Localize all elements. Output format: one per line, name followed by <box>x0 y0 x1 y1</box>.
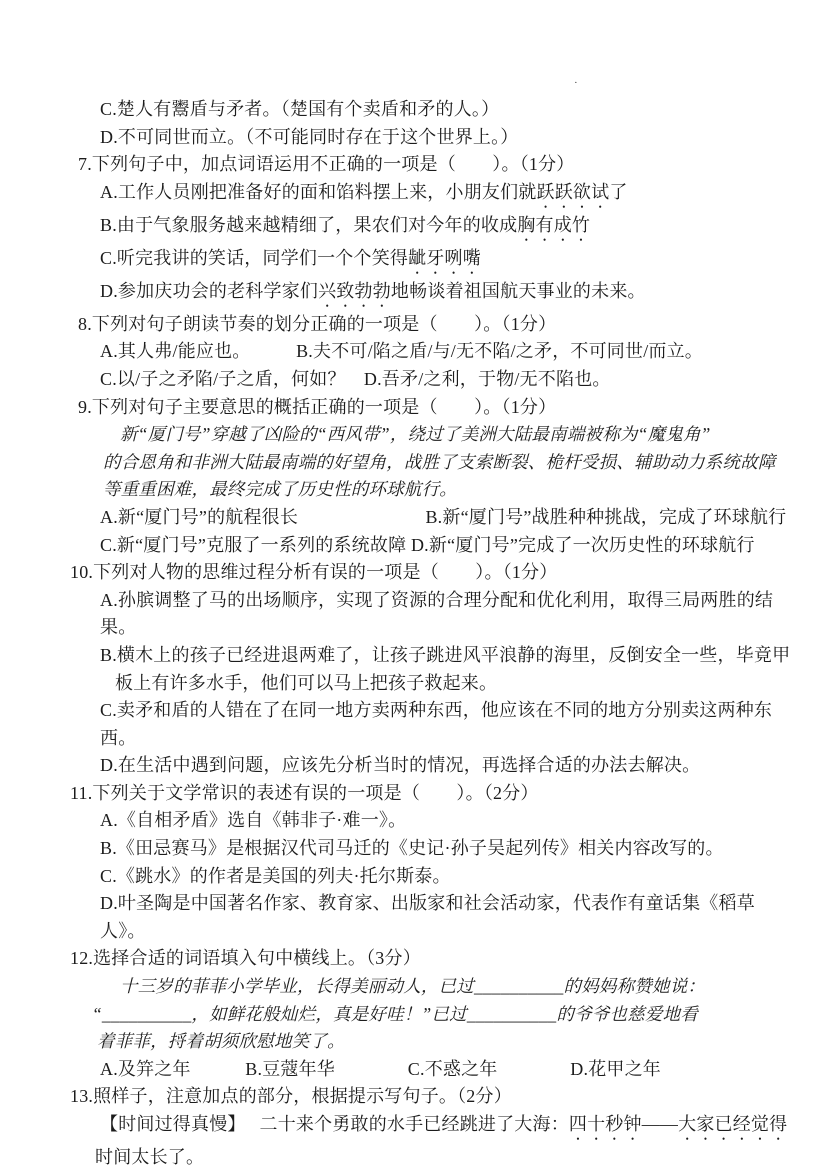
text-segment: 。 <box>186 1147 204 1167</box>
document-lines: C.楚人有鬻盾与矛者。（楚国有个卖盾和矛的人。）D.不可同世而立。（不可能同时存… <box>70 96 799 1169</box>
text-line: D.不可同世而立。（不可能同时存在于这个世界上。） <box>70 124 799 152</box>
text-segment: 板上有许多水手，他们可以马上把孩子救起来。 <box>115 673 497 693</box>
text-line: 的合恩角和非洲大陆最南端的好望角，战胜了支索断裂、桅杆受损、辅助动力系统故障 <box>70 449 799 477</box>
text-line: A.新“厦门号”的航程很长 B.新“厦门号”战胜种种挑战，完成了环球航行 <box>70 504 799 532</box>
text-segment: A.孙膑调整了马的出场顺序，实现了资源的合理分配和优化利用，取得三局两胜的结果。 <box>100 590 773 638</box>
text-line: D.参加庆功会的老科学家们兴致勃勃地畅谈着祖国航天事业的未来。 <box>70 278 799 311</box>
text-line: 新“厦门号”穿越了凶险的“西风带”，绕过了美洲大陆最南端被称为“魔鬼角” <box>70 421 799 449</box>
text-segment: 12.选择合适的词语填入句中横线上。（3分） <box>70 948 421 968</box>
text-line: 时间太长了。 <box>70 1144 799 1169</box>
text-segment: D.参加庆功会的老科学家们 <box>100 281 318 301</box>
text-segment: B.横木上的孩子已经进退两难了，让孩子跳进风平浪静的海里，反倒安全一些，毕竟甲 <box>100 645 790 665</box>
emphasized-text: 跃跃欲试 <box>537 182 610 202</box>
text-line: A.《自相矛盾》选自《韩非子·难一》。 <box>70 807 799 835</box>
text-segment: “__________，如鲜花般灿烂，真是好哇！”已过__________的爷爷… <box>92 1004 698 1024</box>
text-segment: D.在生活中遇到问题，应该先分析当时的情况，再选择合适的办法去解决。 <box>100 755 700 775</box>
text-segment: A.工作人员刚把准备好的面和馅料摆上来，小朋友们就 <box>100 182 537 202</box>
text-segment: A.及笄之年 B.豆蔻年华 C.不惑之年 D.花甲之年 <box>100 1059 661 1079</box>
text-segment: 7.下列句子中，加点词语运用不正确的一项是（ ）。（1分） <box>78 154 575 174</box>
text-line: 13.照样子，注意加点的部分，根据提示写句子。（2分） <box>70 1083 799 1111</box>
text-line: 着菲菲，捋着胡须欣慰地笑了。 <box>70 1028 799 1056</box>
text-line: A.孙膑调整了马的出场顺序，实现了资源的合理分配和优化利用，取得三局两胜的结果。 <box>70 587 799 642</box>
emphasized-text: 兴致勃勃 <box>318 281 391 301</box>
text-line: C.以/子之矛陷/子之盾，何如？ D.吾矛/之利，于物/无不陷也。 <box>70 366 799 394</box>
text-line: D.叶圣陶是中国著名作家、教育家、出版家和社会活动家，代表作有童话集《稻草人》。 <box>70 890 799 945</box>
text-line: A.及笄之年 B.豆蔻年华 C.不惑之年 D.花甲之年 <box>70 1056 799 1084</box>
text-segment: A.《自相矛盾》选自《韩非子·难一》。 <box>100 810 406 830</box>
text-segment: 9.下列对句子主要意思的概括正确的一项是（ ）。（1分） <box>78 397 556 417</box>
text-line: B.《田忌赛马》是根据汉代司马迁的《史记·孙子吴起列传》相关内容改写的。 <box>70 835 799 863</box>
text-segment: C.楚人有鬻盾与矛者。（楚国有个卖盾和矛的人。） <box>100 99 499 119</box>
text-line: C.卖矛和盾的人错在了在同一地方卖两种东西，他应该在不同的地方分别卖这两种东西。 <box>70 697 799 752</box>
text-line: B.横木上的孩子已经进退两难了，让孩子跳进风平浪静的海里，反倒安全一些，毕竟甲 <box>70 642 799 670</box>
text-segment: 【时间过得真慢】 二十来个勇敢的水手已经跳进了大海： <box>100 1114 569 1134</box>
text-segment: C.新“厦门号”克服了一系列的系统故障 D.新“厦门号”完成了一次历史性的环球航… <box>100 535 755 555</box>
emphasized-text: 四十秒钟 <box>569 1114 642 1134</box>
text-segment: 8.下列对句子朗读节奏的划分正确的一项是（ ）。（1分） <box>78 314 556 334</box>
text-segment: 着菲菲，捋着胡须欣慰地笑了。 <box>97 1031 345 1051</box>
text-segment: C.听完我讲的笑话，同学们一个个笑得 <box>100 248 408 268</box>
text-line: D.在生活中遇到问题，应该先分析当时的情况，再选择合适的办法去解决。 <box>70 752 799 780</box>
text-line: A.其人弗/能应也。 B.夫不可/陷之盾/与/无不陷/之矛，不可同世/而立。 <box>70 338 799 366</box>
text-segment: 11.下列关于文学常识的表述有误的一项是（ ）。（2分） <box>70 783 539 803</box>
text-line: 8.下列对句子朗读节奏的划分正确的一项是（ ）。（1分） <box>70 311 799 339</box>
text-line: C.听完我讲的笑话，同学们一个个笑得龇牙咧嘴 <box>70 245 799 278</box>
text-segment: B.《田忌赛马》是根据汉代司马迁的《史记·孙子吴起列传》相关内容改写的。 <box>100 838 724 858</box>
exam-page: C.楚人有鬻盾与矛者。（楚国有个卖盾和矛的人。）D.不可同世而立。（不可能同时存… <box>70 96 799 1169</box>
text-segment: C.卖矛和盾的人错在了在同一地方卖两种东西，他应该在不同的地方分别卖这两种东西。 <box>100 700 772 748</box>
text-line: 9.下列对句子主要意思的概括正确的一项是（ ）。（1分） <box>70 394 799 422</box>
text-line: C.新“厦门号”克服了一系列的系统故障 D.新“厦门号”完成了一次历史性的环球航… <box>70 532 799 560</box>
text-segment: —— <box>642 1114 678 1134</box>
text-segment: A.其人弗/能应也。 B.夫不可/陷之盾/与/无不陷/之矛，不可同世/而立。 <box>100 341 703 361</box>
text-segment: 了 <box>609 182 627 202</box>
text-segment: C.以/子之矛陷/子之盾，何如？ D.吾矛/之利，于物/无不陷也。 <box>100 369 611 389</box>
text-segment: 新“厦门号”穿越了凶险的“西风带”，绕过了美洲大陆最南端被称为“魔鬼角” <box>120 424 711 444</box>
text-line: C.楚人有鬻盾与矛者。（楚国有个卖盾和矛的人。） <box>70 96 799 124</box>
text-line: 【时间过得真慢】 二十来个勇敢的水手已经跳进了大海：四十秒钟——大家已经觉得 <box>70 1111 799 1144</box>
emphasized-text: 时间太长了 <box>95 1147 186 1167</box>
text-segment: 10.下列对人物的思维过程分析有误的一项是（ ）。（1分） <box>70 562 558 582</box>
text-segment: 13.照样子，注意加点的部分，根据提示写句子。（2分） <box>70 1086 512 1106</box>
text-line: 板上有许多水手，他们可以马上把孩子救起来。 <box>70 670 799 698</box>
text-segment: 十三岁的菲菲小学毕业，长得美丽动人，已过__________的妈妈称赞她说： <box>120 976 705 996</box>
text-segment: C.《跳水》的作者是美国的列夫·托尔斯泰。 <box>100 866 451 886</box>
text-line: “__________，如鲜花般灿烂，真是好哇！”已过__________的爷爷… <box>70 1001 799 1029</box>
text-line: 十三岁的菲菲小学毕业，长得美丽动人，已过__________的妈妈称赞她说： <box>70 973 799 1001</box>
text-line: 等重重困难，最终完成了历史性的环球航行。 <box>70 476 799 504</box>
text-segment: 地畅谈着祖国航天事业的未来。 <box>391 281 646 301</box>
text-line: 11.下列关于文学常识的表述有误的一项是（ ）。（2分） <box>70 780 799 808</box>
text-segment: B.由于气象服务越来越精细了，果农们对今年的收成 <box>100 215 517 235</box>
text-line: A.工作人员刚把准备好的面和馅料摆上来，小朋友们就跃跃欲试了 <box>70 179 799 212</box>
text-segment: A.新“厦门号”的航程很长 B.新“厦门号”战胜种种挑战，完成了环球航行 <box>100 507 786 527</box>
emphasized-text: 胸有成竹 <box>517 215 590 235</box>
text-line: 7.下列句子中，加点词语运用不正确的一项是（ ）。（1分） <box>70 151 799 179</box>
text-line: 10.下列对人物的思维过程分析有误的一项是（ ）。（1分） <box>70 559 799 587</box>
text-segment: 的合恩角和非洲大陆最南端的好望角，战胜了支索断裂、桅杆受损、辅助动力系统故障 <box>103 452 776 472</box>
emphasized-text: 大家已经觉得 <box>678 1114 787 1134</box>
emphasized-text: 龇牙咧嘴 <box>408 248 481 268</box>
text-line: B.由于气象服务越来越精细了，果农们对今年的收成胸有成竹 <box>70 212 799 245</box>
text-segment: 等重重困难，最终完成了历史性的环球航行。 <box>103 479 457 499</box>
text-segment: D.不可同世而立。（不可能同时存在于这个世界上。） <box>100 127 519 147</box>
text-line: C.《跳水》的作者是美国的列夫·托尔斯泰。 <box>70 863 799 891</box>
text-segment: D.叶圣陶是中国著名作家、教育家、出版家和社会活动家，代表作有童话集《稻草人》。 <box>100 893 755 941</box>
text-line: 12.选择合适的词语填入句中横线上。（3分） <box>70 945 799 973</box>
stray-scan-mark: · <box>574 78 578 89</box>
